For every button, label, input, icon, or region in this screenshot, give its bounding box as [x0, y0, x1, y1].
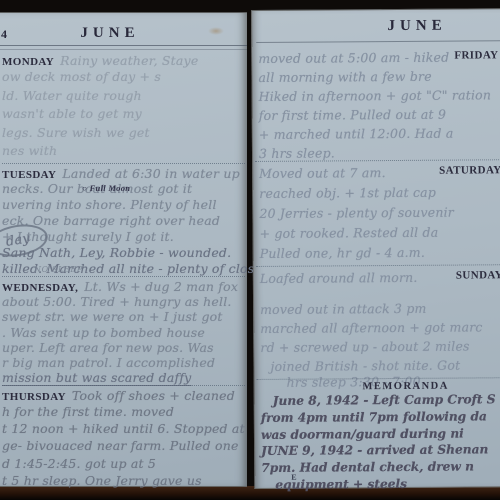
friday-entry: moved out at 5:00 am - hiked FRIDAY all …: [252, 47, 500, 163]
diary-line: 7pm. Had dental check, drew n: [261, 458, 500, 477]
monday-header-row: MONDAY Rainy weather, Staye: [2, 53, 247, 68]
diary-line: Landed at 6:30 in water up: [62, 166, 239, 181]
sunday-header-row: Loafed around all morn. SUNDAY: [260, 267, 500, 288]
diary-line: mission but was scared daffy: [2, 370, 247, 385]
diary-line: uvering into shore. Plenty of hell: [2, 197, 247, 213]
wednesday-label: WEDNESDAY,: [2, 282, 78, 294]
diary-line: uper. Left area for new pos. Was: [2, 340, 247, 355]
tuesday-label: TUESDAY: [2, 169, 56, 181]
friday-label: FRIDAY: [454, 49, 498, 61]
separator-rule: [2, 163, 245, 164]
diary-line: Took off shoes + cleaned: [72, 388, 235, 403]
diary-line: + marched until 12:00. Had a: [259, 123, 500, 144]
diary-line: t 5 hr sleep. One Jerry gave us: [2, 472, 247, 489]
diary-line: Moved out at 7 am.: [259, 165, 386, 181]
diary-line: Hiked in afternoon + got "C" ration: [259, 85, 500, 106]
diary-line: ge- bivouaced near farm. Pulled one: [2, 437, 247, 454]
separator-rule: [2, 385, 245, 386]
diary-line: June 8, 1942 - Left Camp Croft S: [273, 391, 500, 410]
thursday-entry: THURSDAY Took off shoes + cleaned h for …: [0, 388, 247, 489]
diary-line: Lt. Ws + dug 2 man fox: [84, 279, 238, 294]
diary-line: Loafed around all morn.: [260, 270, 418, 286]
diary-line: d 1:45-2:45. got up at 5: [2, 455, 247, 472]
signature-mark: E: [291, 473, 296, 482]
thursday-header-row: THURSDAY Took off shoes + cleaned: [2, 388, 247, 403]
diary-line: + got rooked. Rested all da: [259, 222, 500, 244]
sunday-label: SUNDAY: [456, 269, 500, 281]
diary-line: 20 Jerries - plenty of souvenir: [259, 202, 500, 224]
diary-line: ow deck most of day + s: [2, 68, 247, 87]
full-moon-label: Full Moon: [90, 183, 131, 193]
diary-line: r big man patrol. I accomplished: [2, 355, 247, 370]
tuesday-header-row: TUESDAY Landed at 6:30 in water up: [2, 166, 247, 181]
diary-line: was doorman/guard during ni: [261, 424, 500, 443]
diary-line: rd + screwed up - about 2 miles: [260, 336, 500, 357]
diary-line: Rainy weather, Staye: [60, 53, 198, 68]
diary-line: reached obj. + 1st plat cap: [259, 182, 500, 204]
diary-line: moved out in attack 3 pm: [260, 298, 500, 319]
header-rule: [256, 40, 500, 43]
diary-line: wasn't able to get my: [2, 105, 247, 124]
header-rule: [0, 45, 247, 50]
diary-line: equipment + steels: [275, 475, 500, 494]
diary-line: joined British - shot nite. Got: [270, 355, 500, 376]
diary-line: swept str. we were on + I just got: [2, 309, 247, 324]
sunday-entry: Loafed around all morn. SUNDAY moved out…: [254, 267, 500, 390]
left-page: 4 JUNE MONDAY Rainy weather, Staye ow de…: [0, 12, 247, 487]
full-moon-icon: ○: [82, 184, 87, 193]
saturday-label: SATURDAY: [439, 164, 500, 176]
diary-line: JUNE 9, 1942 - arrived at Shenan: [261, 441, 500, 460]
diary-line: Pulled one, hr gd - 4 a.m.: [260, 242, 500, 264]
separator-rule: [2, 276, 245, 277]
wednesday-header-row: WEDNESDAY, Lt. Ws + dug 2 man fox: [2, 279, 247, 294]
diary-line: all morning with a few bre: [258, 66, 500, 87]
wednesday-entry: WEDNESDAY, Lt. Ws + dug 2 man fox about …: [0, 279, 247, 386]
diary-line: marched all afternoon + got marc: [260, 317, 500, 338]
diary-line: nes with: [2, 142, 247, 161]
diary-line: from 4pm until 7pm following da: [261, 407, 500, 426]
margin-note-text: day: [5, 231, 31, 250]
thursday-label: THURSDAY: [2, 391, 66, 403]
separator-rule: [256, 264, 500, 267]
full-moon-note: ○ Full Moon: [82, 183, 130, 193]
diary-scan: 4 JUNE MONDAY Rainy weather, Staye ow de…: [0, 0, 500, 500]
diary-line: . Was sent up to bombed house: [2, 325, 247, 340]
saturday-entry: Moved out at 7 am. SATURDAY reached obj.…: [253, 162, 500, 264]
month-header-left: JUNE: [0, 25, 220, 42]
friday-header-row: moved out at 5:00 am - hiked FRIDAY: [258, 47, 500, 68]
diary-line: ld. Water quite rough: [2, 87, 247, 106]
month-header-right: JUNE: [252, 17, 500, 36]
no-sleep-note: NO SLEEP: [34, 265, 83, 274]
diary-line: h for the first time. moved: [2, 403, 247, 420]
right-page: JUNE moved out at 5:00 am - hiked FRIDAY…: [251, 8, 500, 489]
diary-line: about 5:00. Tired + hungry as hell.: [2, 294, 247, 309]
monday-label: MONDAY: [2, 56, 54, 68]
saturday-header-row: Moved out at 7 am. SATURDAY: [259, 162, 500, 184]
diary-line: for first time. Pulled out at 9: [259, 104, 500, 125]
diary-line: legs. Sure wish we get: [2, 124, 247, 143]
monday-entry: MONDAY Rainy weather, Staye ow deck most…: [0, 53, 247, 161]
diary-line: t 12 noon + hiked until 6. Stopped at: [2, 420, 247, 437]
diary-line: moved out at 5:00 am - hiked: [258, 50, 449, 66]
